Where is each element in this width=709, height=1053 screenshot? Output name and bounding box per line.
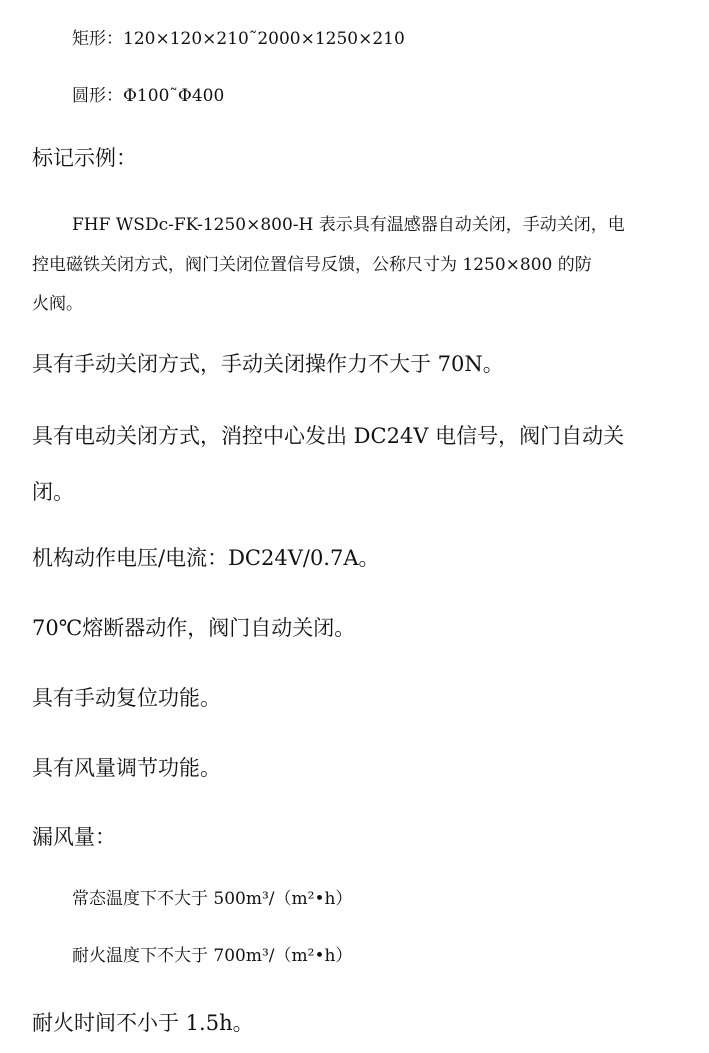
feature-voltage: 机构动作电压/电流：DC24V/0.7A。 <box>32 548 380 569</box>
feature-manual-reset: 具有手动复位功能。 <box>32 688 221 709</box>
leakage-heading: 漏风量： <box>32 827 116 848</box>
fire-resistance-time: 耐火时间不小于 1.5h。 <box>32 1013 254 1034</box>
feature-electric-close-line-1: 具有电动关闭方式，消控中心发出 DC24V 电信号，阀门自动关 <box>32 426 624 447</box>
leakage-normal: 常态温度下不大于 500m³/（m²•h） <box>72 891 352 908</box>
feature-electric-close-line-2: 闭。 <box>32 482 74 503</box>
leakage-fire: 耐火温度下不大于 700m³/（m²•h） <box>72 948 352 965</box>
size-round: 圆形：Φ100˜Φ400 <box>72 88 224 105</box>
size-rect: 矩形：120×120×210˜2000×1250×210 <box>72 31 405 48</box>
marking-example-line-3: 火阀。 <box>32 296 83 313</box>
marking-example-line-2: 控电磁铁关闭方式，阀门关闭位置信号反馈，公称尺寸为 1250×800 的防 <box>32 257 592 274</box>
feature-airflow-adjust: 具有风量调节功能。 <box>32 758 221 779</box>
marking-example-heading: 标记示例： <box>32 148 137 169</box>
feature-fuse: 70℃熔断器动作，阀门自动关闭。 <box>32 618 355 639</box>
feature-manual-close: 具有手动关闭方式，手动关闭操作力不大于 70N。 <box>32 354 504 375</box>
marking-example-line-1: FHF WSDc-FK-1250×800-H 表示具有温感器自动关闭，手动关闭，… <box>72 217 625 234</box>
